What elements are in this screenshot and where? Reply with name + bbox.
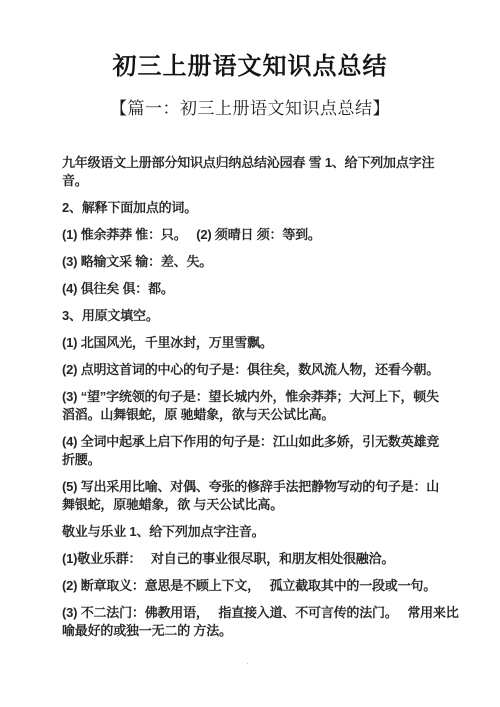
paragraph: (1) 北国风光，千里冰封，万里雪飘。 bbox=[62, 334, 500, 352]
paragraph: (1) 惟余莽莽 惟：只。 (2) 须晴日 须：等到。 bbox=[62, 226, 500, 244]
paragraph: (5) 写出采用比喻、对偶、夸张的修辞手法把静物写动的句子是：山 舞银蛇，原驰蜡… bbox=[62, 478, 500, 514]
paragraph: 敬业与乐业 1、给下列加点字注音。 bbox=[62, 523, 500, 541]
faint-page-mark: · bbox=[246, 659, 249, 669]
document-body: 九年级语文上册部分知识点归纳总结沁园春 雪 1、给下列加点字注 音。 2、解释下… bbox=[0, 154, 500, 640]
document-page: 初三上册语文知识点总结 【篇一：初三上册语文知识点总结】 九年级语文上册部分知识… bbox=[0, 0, 500, 707]
paragraph: (3) 略输文采 输：差、失。 bbox=[62, 253, 500, 271]
paragraph: (2) 断章取义：意思是不顾上下文， 孤立截取其中的一段或一句。 bbox=[62, 577, 500, 595]
paragraph: (1)敬业乐群： 对自己的事业很尽职，和朋友相处很融洽。 bbox=[62, 550, 500, 568]
paragraph: (4) 俱往矣 俱：都。 bbox=[62, 280, 500, 298]
paragraph: 3、用原文填空。 bbox=[62, 307, 500, 325]
document-title: 初三上册语文知识点总结 bbox=[0, 52, 500, 82]
paragraph: 九年级语文上册部分知识点归纳总结沁园春 雪 1、给下列加点字注 音。 bbox=[62, 154, 500, 190]
paragraph: (2) 点明这首词的中心的句子是：俱往矣，数风流人物，还看今朝。 bbox=[62, 361, 500, 379]
paragraph: (3) “望”字统领的句子是：望长城内外，惟余莽莽；大河上下，顿失 滔滔。山舞银… bbox=[62, 388, 500, 424]
paragraph: (4) 全词中起承上启下作用的句子是：江山如此多娇，引无数英雄竞 折腰。 bbox=[62, 433, 500, 469]
paragraph: 2、解释下面加点的词。 bbox=[62, 199, 500, 217]
paragraph: (3) 不二法门：佛教用语， 指直接入道、不可言传的法门。 常用来比 喻最好的或… bbox=[62, 604, 500, 640]
section-heading: 【篇一：初三上册语文知识点总结】 bbox=[0, 98, 500, 120]
